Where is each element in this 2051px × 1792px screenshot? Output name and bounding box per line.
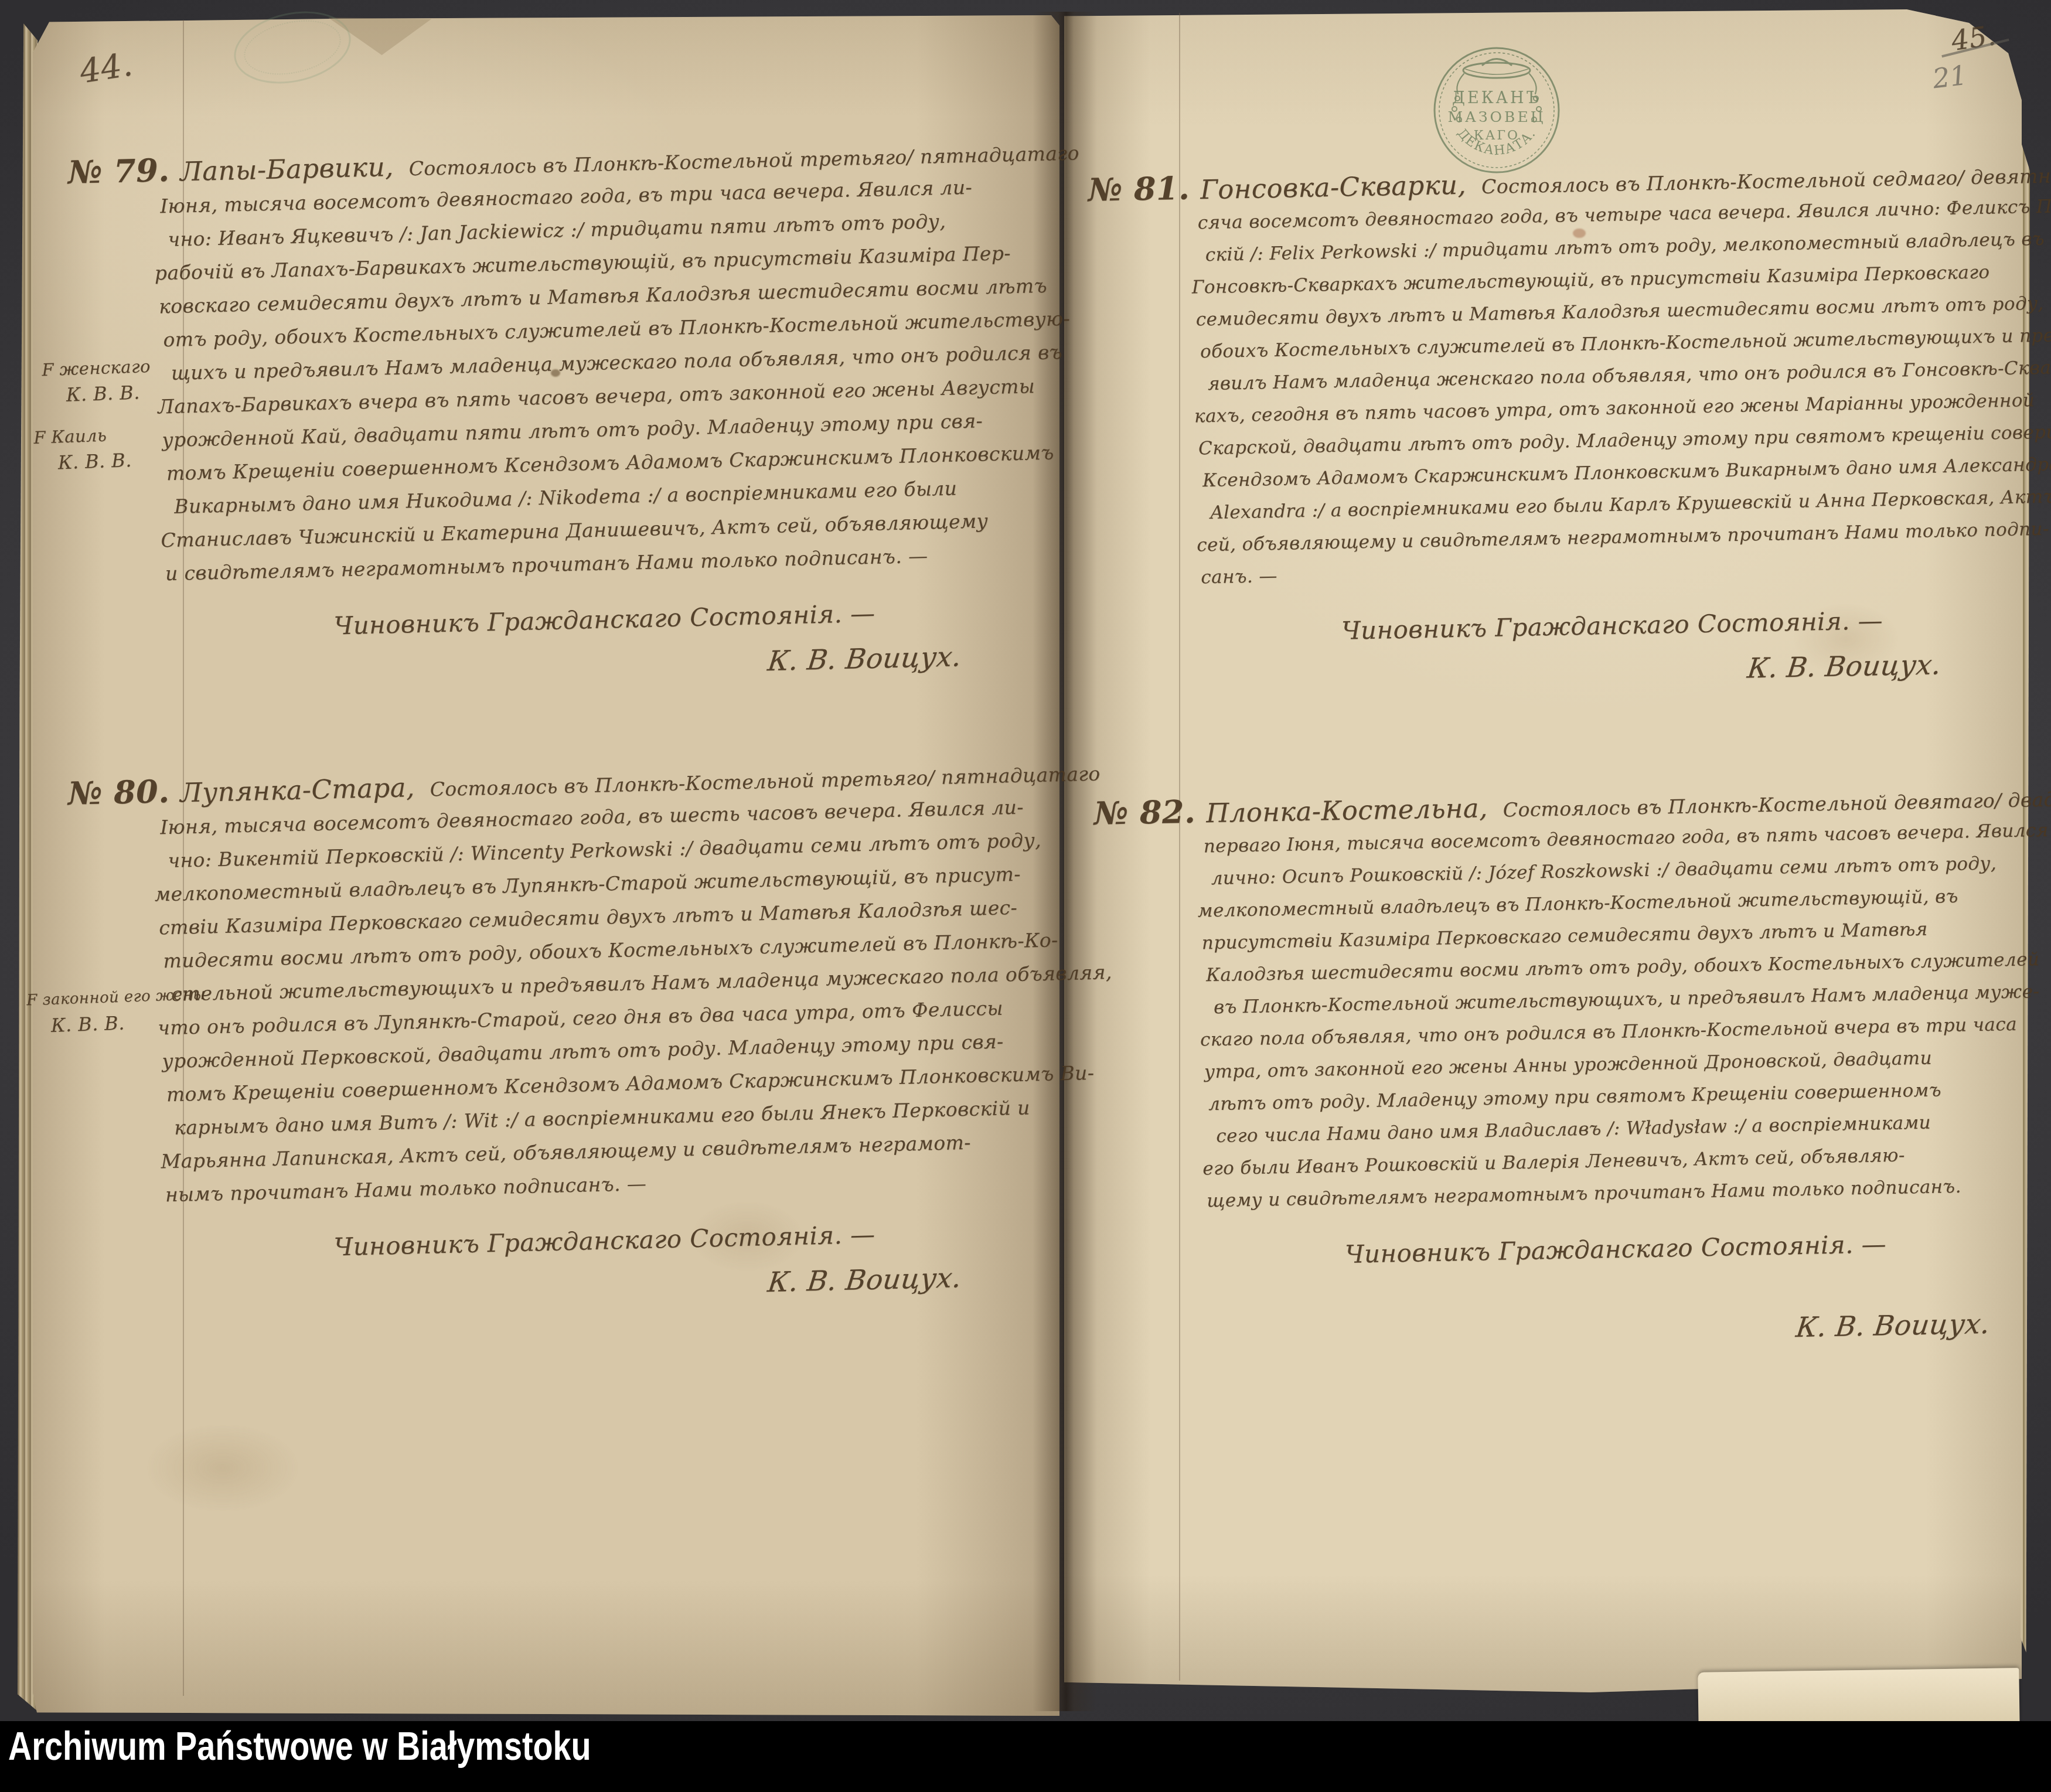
- record-entry-79: № 79. Лапы-Барвики, Состоялось въ Плонкѣ…: [67, 131, 1044, 693]
- entry-closing-formula: Чиновникъ Гражданскаго Состоянія. —: [1096, 604, 2023, 650]
- entry-number: № 82.: [1093, 793, 1196, 832]
- entry-body-text: перваго Іюня, тысяча восемсотъ девяноста…: [1094, 820, 2022, 1225]
- archive-footer-bar: Archiwum Państwowe w Białymstoku: [0, 1721, 2051, 1792]
- entry-number: № 79.: [67, 151, 170, 191]
- entry-body-text: Іюня, тысяча восемсотъ девяностаго года,…: [69, 795, 1042, 1219]
- record-entry-80: № 80. Лупянка-Стара, Состоялось въ Плонк…: [67, 752, 1044, 1315]
- entry-closing-formula: Чиновникъ Гражданскаго Состоянія. —: [79, 1216, 1043, 1268]
- deanery-stamp: ДЕКАНЪ МАЗОВЕЦ КАГО ДЕКАНАТА.: [1429, 33, 1565, 180]
- entry-body-text: сяча восемсотъ девяностаго года, въ четы…: [1088, 197, 2021, 601]
- folio-number-right-pencil: 21: [1931, 59, 1969, 95]
- paper-stain: [146, 1424, 299, 1512]
- record-entry-82: № 82. Плонка-Костельна, Состоялось въ Пл…: [1093, 777, 2025, 1357]
- record-entry-81: № 81. Гонсовка-Скварки, Состоялось въ Пл…: [1088, 154, 2023, 697]
- entry-closing-formula: Чиновникъ Гражданскаго Состоянія. —: [79, 595, 1043, 646]
- entry-place-name: Лапы-Барвики,: [180, 151, 394, 188]
- entry-first-line: Состоялось въ Плонкѣ-Костельной третьяго…: [430, 762, 1101, 800]
- entry-number: № 81.: [1088, 169, 1190, 209]
- entry-place-name: Лупянка-Стара,: [180, 772, 415, 808]
- entry-place-name: Гонсовка-Скварки,: [1200, 169, 1467, 206]
- stamp-line-1: ДЕКАНЪ: [1452, 89, 1541, 107]
- galero-hat-brim: [1463, 63, 1530, 78]
- stamp-line-2: МАЗОВЕЦ: [1447, 108, 1545, 125]
- book-gutter-shadow: [1033, 12, 1097, 1711]
- entry-body-text: Іюня, тысяча восемсотъ девяностаго года,…: [69, 174, 1042, 598]
- entry-place-name: Плонка-Костельна,: [1206, 792, 1488, 829]
- register-book-scan: 44. 45. 21 ДЕКАНЪ МАЗОВЕЦ КАГО ДЕ: [0, 0, 2051, 1792]
- entry-closing-formula: Чиновникъ Гражданскаго Состоянія. —: [1102, 1227, 2024, 1273]
- entry-first-line: Состоялось въ Плонкѣ-Костельной седмаго/…: [1481, 160, 2051, 198]
- entry-number: № 80.: [67, 772, 170, 812]
- archive-name: Archiwum Państwowe w Białymstoku: [8, 1723, 591, 1769]
- entry-first-line: Состоялось въ Плонкѣ-Костельной девятаго…: [1503, 787, 2051, 822]
- entry-first-line: Состоялось въ Плонкѣ-Костельной третьяго…: [408, 141, 1079, 180]
